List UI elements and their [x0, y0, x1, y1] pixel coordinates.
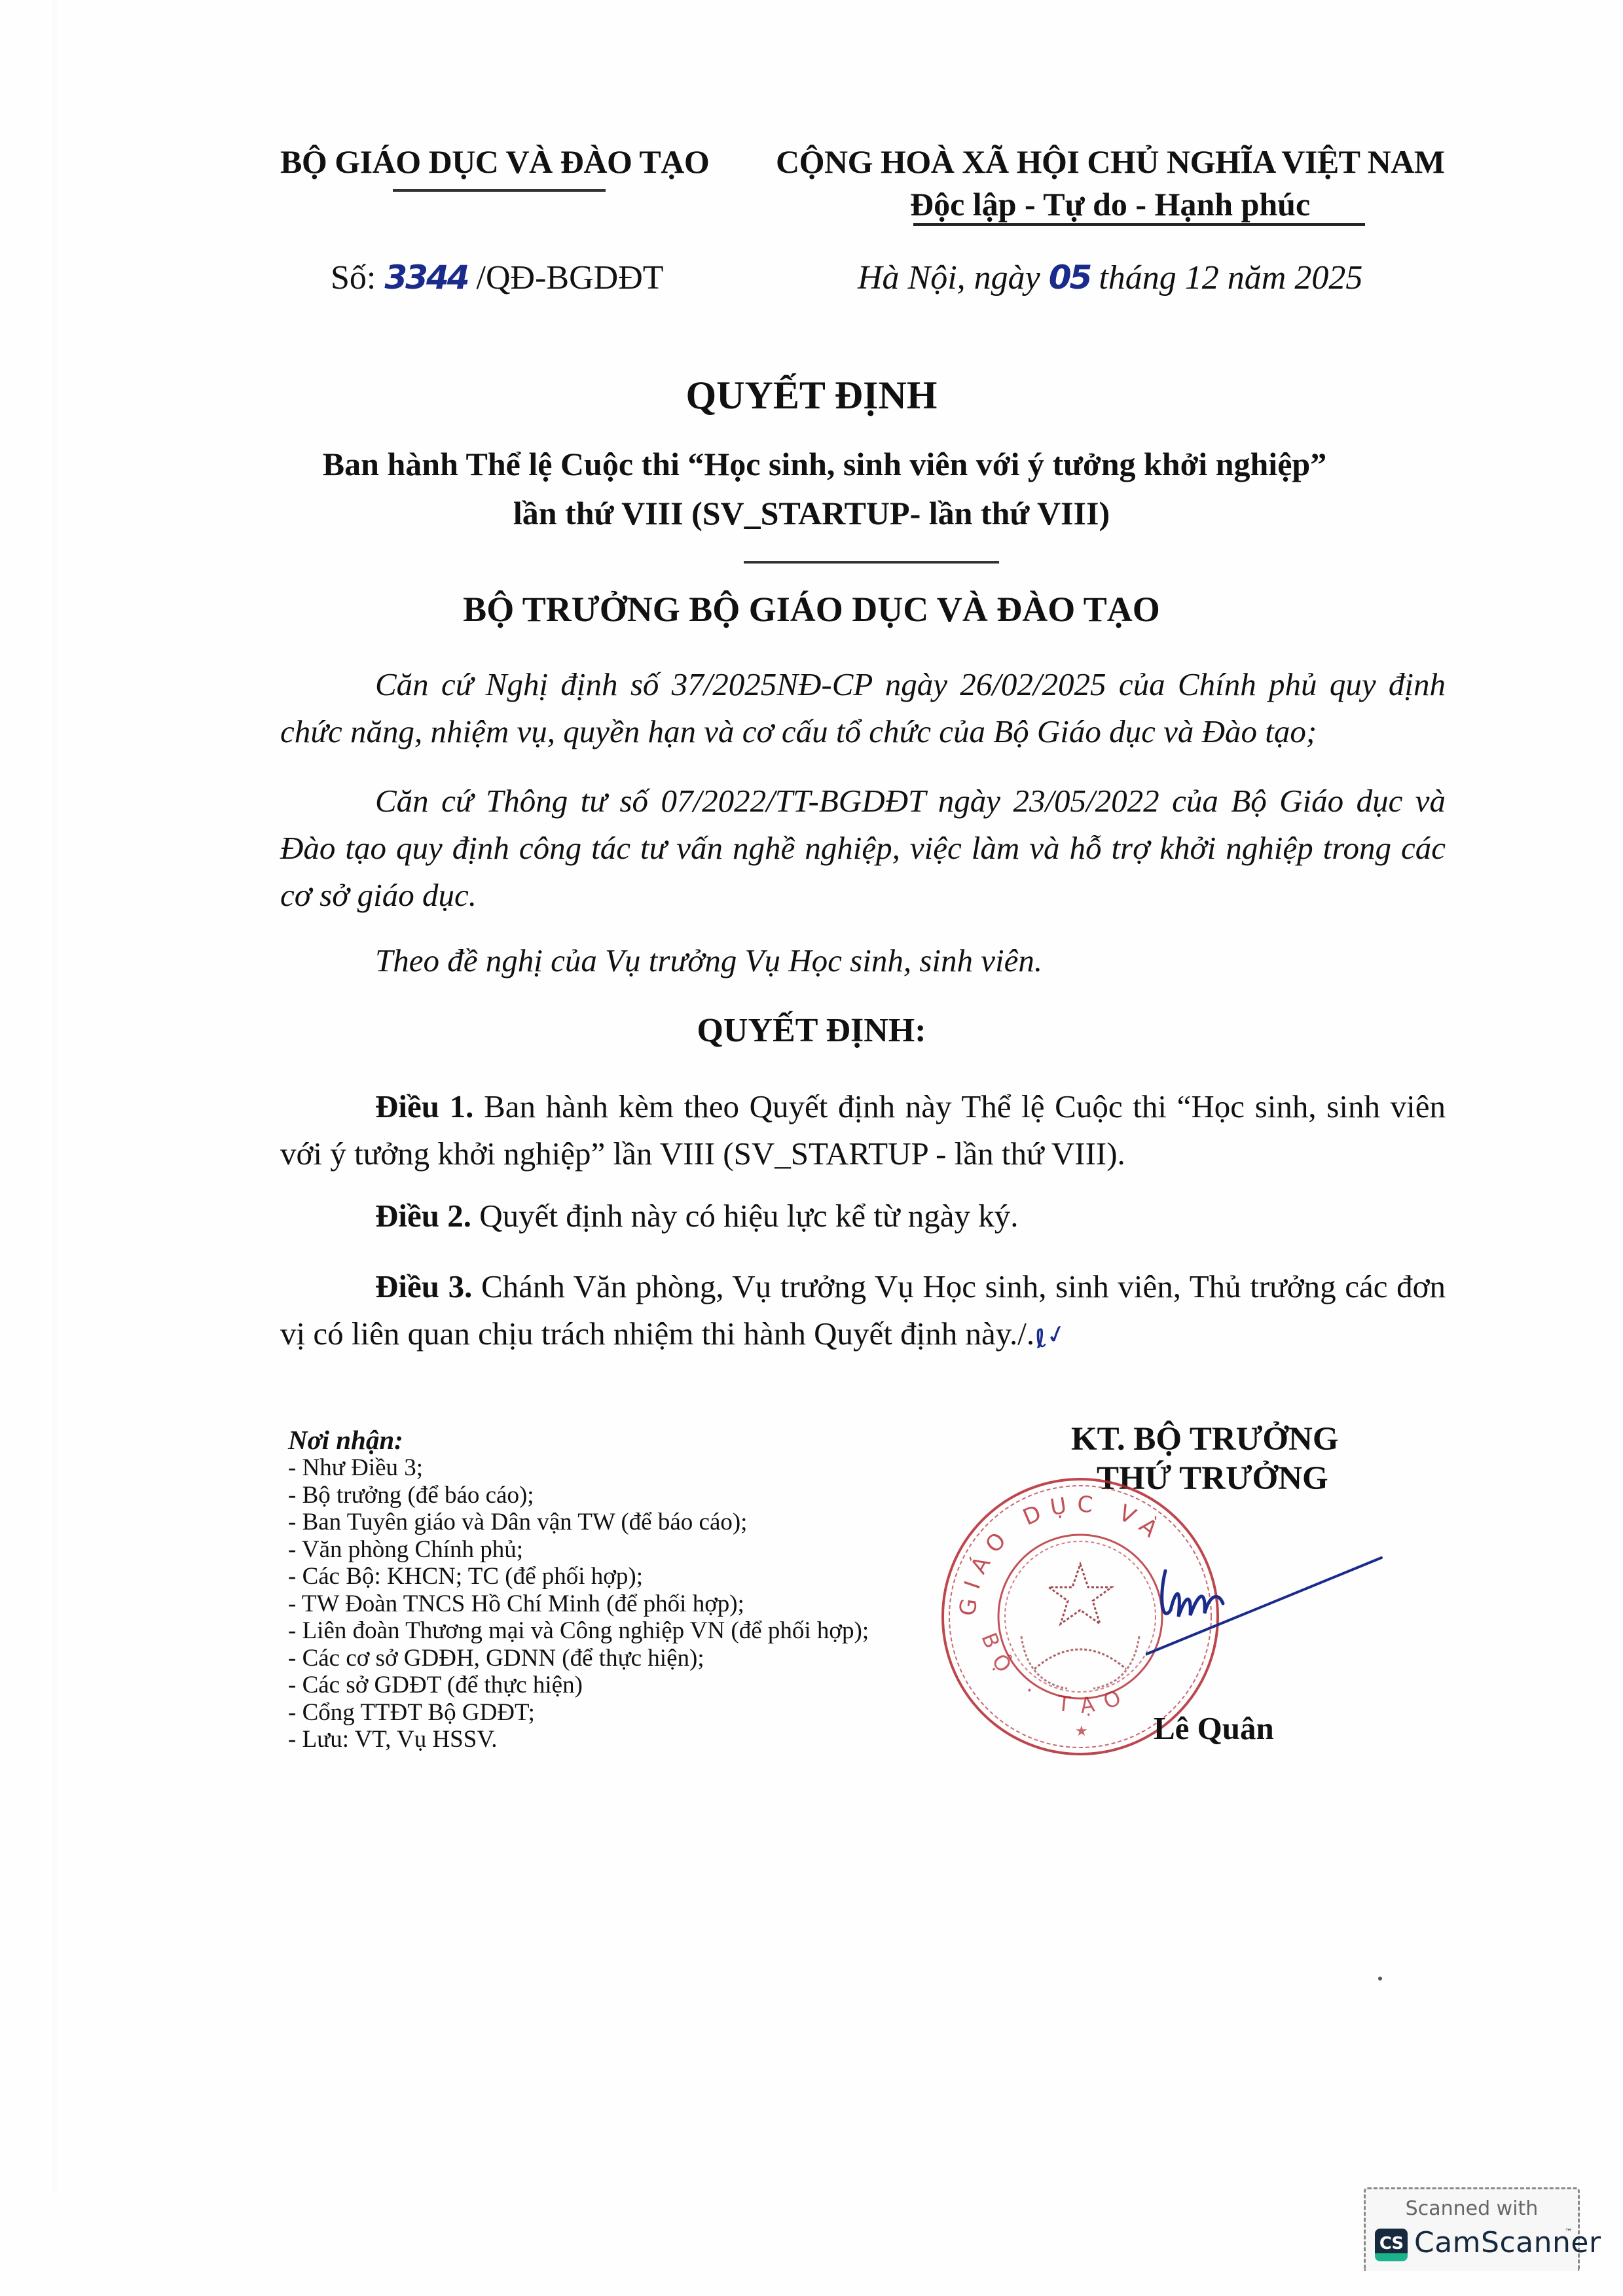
- document-title: QUYẾT ĐỊNH: [0, 373, 1623, 418]
- day-handwritten: 05: [1049, 259, 1091, 296]
- document-number-suffix: /QĐ-BGDĐT: [477, 259, 664, 296]
- signer-role-line1: KT. BỘ TRƯỞNG: [1071, 1420, 1339, 1458]
- document-subtitle-line1: Ban hành Thể lệ Cuộc thi “Học sinh, sinh…: [13, 445, 1623, 483]
- recipient-item: - Lưu: VT, Vụ HSSV.: [288, 1726, 869, 1753]
- recipient-item: - Các cơ sở GDĐH, GDNN (để thực hiện);: [288, 1645, 869, 1672]
- document-page: BỘ GIÁO DỤC VÀ ĐÀO TẠO CỘNG HOÀ XÃ HỘI C…: [0, 0, 1623, 2296]
- ministry-underline: [393, 189, 606, 192]
- preamble-paragraph: Theo đề nghị của Vụ trưởng Vụ Học sinh, …: [280, 937, 1446, 984]
- recipient-item: - Như Điều 3;: [288, 1454, 869, 1482]
- national-title: CỘNG HOÀ XÃ HỘI CHỦ NGHĨA VIỆT NAM: [776, 143, 1445, 181]
- recipient-item: - Các Bộ: KHCN; TC (để phối hợp);: [288, 1563, 869, 1590]
- national-motto: Độc lập - Tự do - Hạnh phúc: [910, 185, 1310, 223]
- seal-text-bottom: BỘ · TẠO: [976, 1629, 1135, 1718]
- recipient-item: - Bộ trưởng (để báo cáo);: [288, 1482, 869, 1509]
- svg-text:BỘ · TẠO: BỘ · TẠO: [976, 1629, 1135, 1718]
- issuing-ministry: BỘ GIÁO DỤC VÀ ĐÀO TẠO: [280, 143, 709, 181]
- recipients-list: Nơi nhận: - Như Điều 3; - Bộ trưởng (để …: [288, 1426, 869, 1753]
- article-label: Điều 3.: [375, 1268, 472, 1304]
- scan-edge-shadow: [52, 0, 60, 2193]
- preamble-paragraph: Căn cứ Thông tư số 07/2022/TT-BGDĐT ngày…: [280, 778, 1446, 919]
- article-3: Điều 3. Chánh Văn phòng, Vụ trưởng Vụ Họ…: [280, 1263, 1446, 1359]
- recipient-item: - TW Đoàn TNCS Hồ Chí Minh (để phối hợp)…: [288, 1590, 869, 1618]
- trademark-symbol: ™: [1565, 2227, 1573, 2236]
- place-and-date: Hà Nội, ngày 05 tháng 12 năm 2025: [858, 259, 1362, 297]
- article-label: Điều 1.: [375, 1088, 473, 1124]
- initials-checkmark-icon: ℓ✓: [1029, 1309, 1073, 1363]
- article-1: Điều 1. Ban hành kèm theo Quyết định này…: [280, 1083, 1446, 1177]
- scan-speck: [1378, 1977, 1382, 1981]
- svg-text:★: ★: [1075, 1723, 1088, 1740]
- camscanner-brand: CamScanner: [1414, 2226, 1601, 2259]
- subtitle-underline: [744, 561, 999, 564]
- decision-heading: QUYẾT ĐỊNH:: [0, 1011, 1623, 1050]
- issuing-authority: BỘ TRƯỞNG BỘ GIÁO DỤC VÀ ĐÀO TẠO: [0, 589, 1623, 630]
- place-date-prefix: Hà Nội, ngày: [858, 259, 1040, 296]
- recipient-item: - Ban Tuyên giáo và Dân vận TW (để báo c…: [288, 1509, 869, 1536]
- article-2: Điều 2. Quyết định này có hiệu lực kể từ…: [280, 1193, 1446, 1240]
- camscanner-watermark: Scanned with CS CamScanner ™: [1364, 2187, 1580, 2271]
- preamble-paragraph: Căn cứ Nghị định số 37/2025NĐ-CP ngày 26…: [280, 661, 1446, 755]
- document-subtitle-line2: lần thứ VIII (SV_STARTUP- lần thứ VIII): [0, 494, 1623, 532]
- place-date-suffix: tháng 12 năm 2025: [1099, 259, 1362, 296]
- handwritten-signature-icon: [1146, 1538, 1395, 1669]
- svg-text:GIÁO DỤC VÀ: GIÁO DỤC VÀ: [955, 1491, 1170, 1617]
- document-number-handwritten: 3344: [384, 259, 467, 296]
- recipient-item: - Cổng TTĐT Bộ GDĐT;: [288, 1699, 869, 1727]
- recipient-item: - Văn phòng Chính phủ;: [288, 1536, 869, 1564]
- article-label: Điều 2.: [375, 1198, 471, 1234]
- recipient-item: - Liên đoàn Thương mại và Công nghiệp VN…: [288, 1617, 869, 1645]
- scanned-with-label: Scanned with: [1366, 2197, 1578, 2220]
- recipients-title: Nơi nhận:: [288, 1426, 869, 1454]
- document-number: Số: 3344 /QĐ-BGDĐT: [331, 259, 664, 297]
- seal-text-top: GIÁO DỤC VÀ: [955, 1491, 1170, 1617]
- camscanner-logo-icon: CS: [1375, 2229, 1408, 2261]
- motto-underline: [913, 223, 1365, 226]
- signer-name: Lê Quân: [1154, 1710, 1274, 1747]
- article-text: Quyết định này có hiệu lực kể từ ngày ký…: [471, 1198, 1019, 1234]
- recipient-item: - Các sở GDĐT (để thực hiện): [288, 1672, 869, 1699]
- document-number-prefix: Số:: [331, 259, 376, 296]
